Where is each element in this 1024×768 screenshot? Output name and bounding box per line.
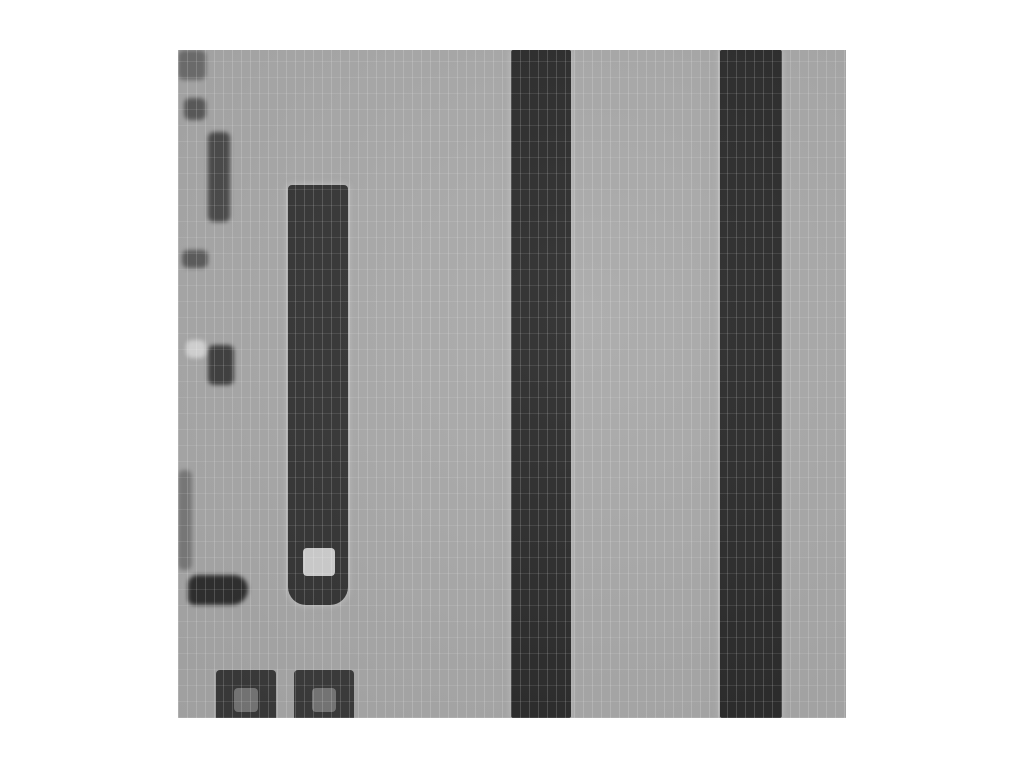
via-pad — [303, 548, 335, 576]
contact-square-center — [234, 688, 258, 712]
left-edge-feature — [208, 345, 234, 385]
left-edge-feature — [178, 470, 192, 570]
left-edge-feature — [182, 250, 208, 268]
narrow-trace — [288, 185, 348, 605]
left-edge-feature — [178, 50, 206, 80]
left-edge-feature — [184, 98, 206, 120]
left-edge-feature — [208, 132, 230, 222]
micrograph-image — [178, 50, 846, 718]
wide-trace-left — [511, 50, 571, 718]
wide-trace-right — [720, 50, 782, 718]
contact-square-center — [312, 688, 336, 712]
left-edge-feature — [186, 340, 206, 358]
left-edge-feature — [188, 575, 248, 605]
